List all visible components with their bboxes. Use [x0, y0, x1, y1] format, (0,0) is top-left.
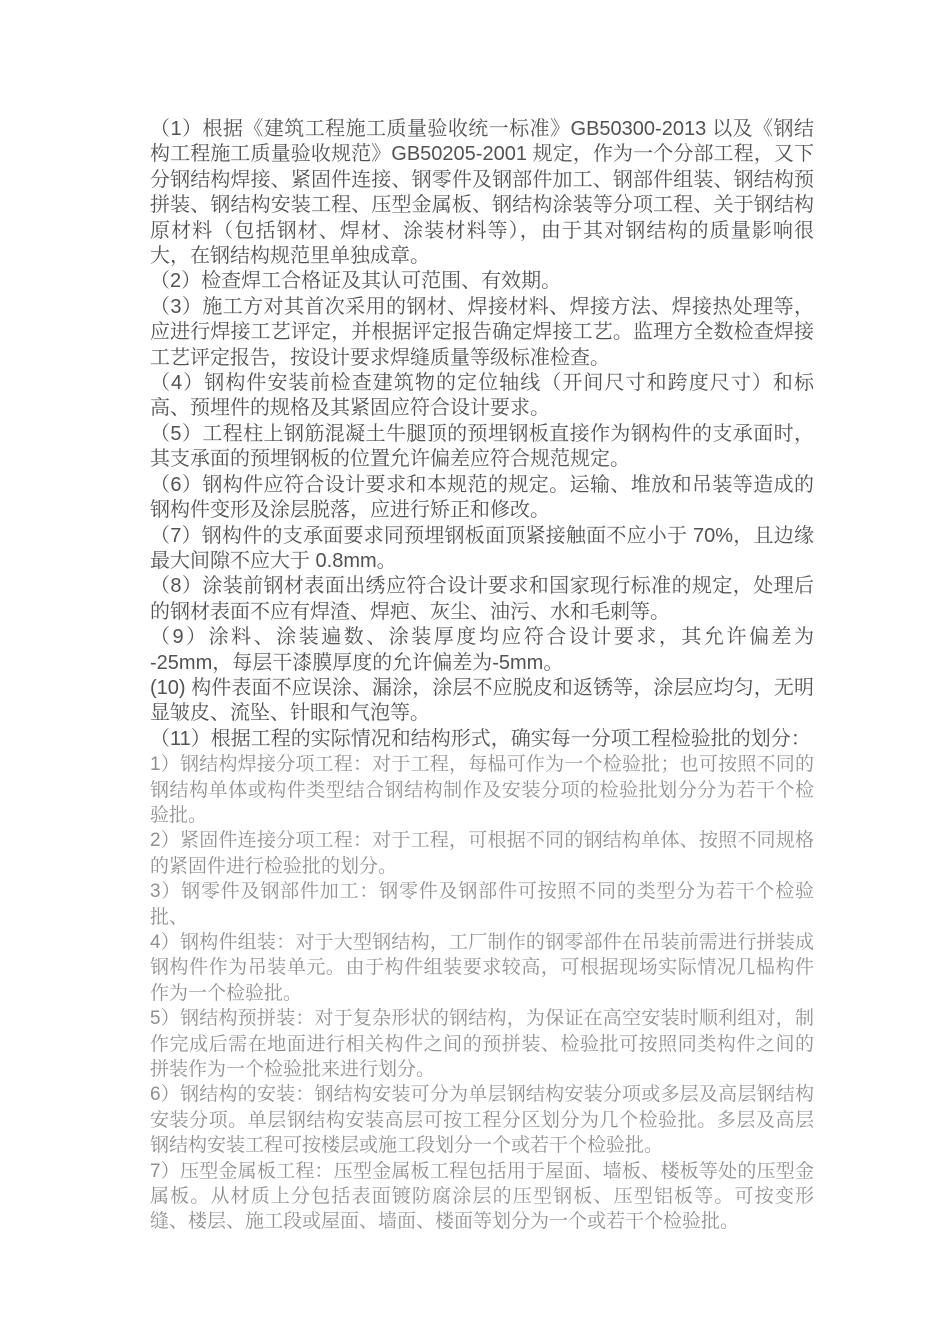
paragraph-sub-2: 2）紧固件连接分项工程：对于工程，可根据不同的钢结构单体、按照不同规格的紧固件进…: [150, 828, 814, 879]
paragraph-sub-7: 7）压型金属板工程：压型金属板工程包括用于屋面、墙板、楼板等处的压型金属板。从材…: [150, 1159, 814, 1235]
paragraph-sub-3: 3）钢零件及钢部件加工：钢零件及钢部件可按照不同的类型分为若干个检验批、: [150, 879, 814, 930]
paragraph-item-6: （6）钢构件应符合设计要求和本规范的规定。运输、堆放和吊装等造成的钢构件变形及涂…: [150, 473, 814, 524]
paragraph-sub-6: 6）钢结构的安装：钢结构安装可分为单层钢结构安装分项或多层及高层钢结构安装分项。…: [150, 1082, 814, 1158]
paragraph-sub-4: 4）钢构件组装：对于大型钢结构，工厂制作的钢零部件在吊装前需进行拼装成钢构件作为…: [150, 930, 814, 1006]
paragraph-item-10: (10) 构件表面不应误涂、漏涂，涂层不应脱皮和返锈等，涂层应均匀，无明显皱皮、…: [150, 676, 814, 727]
paragraph-item-7: （7）钢构件的支承面要求同预埋钢板面顶紧接触面不应小于 70%，且边缘最大间隙不…: [150, 524, 814, 575]
paragraph-item-2: （2）检查焊工合格证及其认可范围、有效期。: [150, 269, 814, 294]
document-page: （1）根据《建筑工程施工质量验收统一标准》GB50300-2013 以及《钢结构…: [0, 0, 950, 1344]
paragraph-item-11: （11）根据工程的实际情况和结构形式，确实每一分项工程检验批的划分：: [150, 727, 814, 752]
paragraph-item-3: （3）施工方对其首次采用的钢材、焊接材料、焊接方法、焊接热处理等，应进行焊接工艺…: [150, 295, 814, 371]
document-body: （1）根据《建筑工程施工质量验收统一标准》GB50300-2013 以及《钢结构…: [150, 117, 814, 1235]
paragraph-item-4: （4）钢构件安装前检查建筑物的定位轴线（开间尺寸和跨度尺寸）和标高、预埋件的规格…: [150, 371, 814, 422]
paragraph-item-1: （1）根据《建筑工程施工质量验收统一标准》GB50300-2013 以及《钢结构…: [150, 117, 814, 269]
paragraph-item-8: （8）涂装前钢材表面出绣应符合设计要求和国家现行标准的规定，处理后的钢材表面不应…: [150, 574, 814, 625]
paragraph-sub-5: 5）钢结构预拼装：对于复杂形状的钢结构，为保证在高空安装时顺利组对，制作完成后需…: [150, 1006, 814, 1082]
paragraph-item-9: （9）涂料、涂装遍数、涂装厚度均应符合设计要求，其允许偏差为 -25mm，每层干…: [150, 625, 814, 676]
paragraph-item-5: （5）工程柱上钢筋混凝土牛腿顶的预埋钢板直接作为钢构件的支承面时，其支承面的预埋…: [150, 422, 814, 473]
paragraph-sub-1: 1）钢结构焊接分项工程：对于工程，每榀可作为一个检验批；也可按照不同的钢结构单体…: [150, 752, 814, 828]
